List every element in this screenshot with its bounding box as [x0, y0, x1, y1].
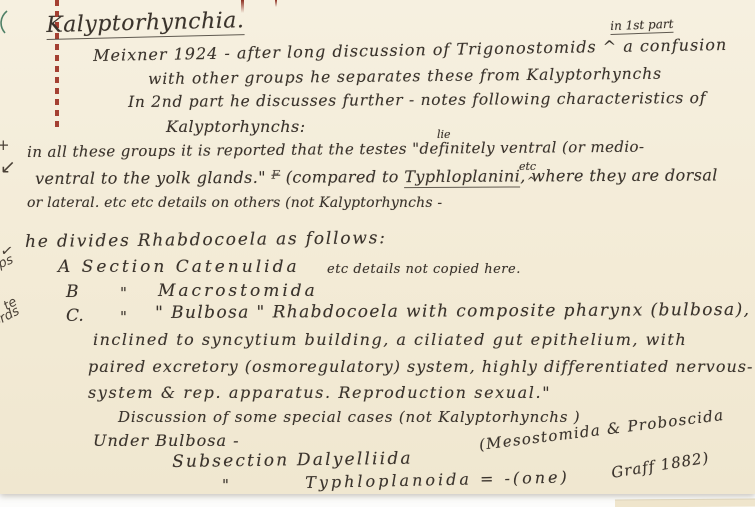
section-b-label: B [66, 282, 79, 302]
margin-plus-mark: + [0, 136, 10, 154]
line-discussion: Discussion of some special cases (not Ka… [118, 408, 580, 426]
green-pen-mark [0, 9, 11, 35]
scanned-note-photo: Kalyptorhynchia. in 1st part Meixner 192… [0, 0, 755, 507]
section-a-label: A Section Catenulida [58, 257, 300, 277]
line-under-bulbosa: Under Bulbosa - [93, 431, 240, 450]
reference-scribble: F [271, 168, 280, 182]
line-meixner-2: with other groups he separates these fro… [148, 65, 662, 88]
line-testes-2: ventral to the yolk glands." F (compared… [35, 165, 718, 188]
red-tick-mark [275, 0, 277, 7]
line-testes-2-post: , where they are dorsal [520, 165, 718, 185]
line-subsection-typhloplanoida: Typhloplanoida = -(one) [305, 467, 570, 492]
section-b-ditto: " [120, 284, 127, 302]
section-c-line-1: " Bulbosa " Rhabdocoela with composite p… [155, 300, 750, 323]
line-testes-3: or lateral. etc etc details on others (n… [27, 195, 442, 211]
subsection-ditto: " [222, 476, 229, 494]
margin-ps-mark: ps [0, 252, 16, 272]
index-card: Kalyptorhynchia. in 1st part Meixner 192… [0, 0, 755, 494]
section-c-line-4: system & rep. apparatus. Reproduction se… [88, 383, 551, 402]
line-kalyptorhynchs-heading: Kalyptorhynchs: [166, 117, 306, 136]
section-b-name: Macrostomida [158, 281, 318, 301]
section-a-note: etc details not copied here. [327, 262, 521, 277]
line-divides: he divides Rhabdocoela as follows: [25, 228, 387, 252]
underlying-card-edge [615, 499, 755, 507]
line-meixner-1: Meixner 1924 - after long discussion of … [93, 35, 727, 65]
line-testes-2-mid: (compared to [280, 167, 404, 187]
section-c-ditto: " [120, 308, 127, 326]
line-testes-1: in all these groups it is reported that … [27, 138, 644, 161]
section-c-line-2: inclined to syncytium building, a ciliat… [93, 330, 687, 349]
section-c-line-3: paired excretory (osmoregulatory) system… [88, 357, 753, 376]
superscript-in-1st-part: in 1st part [610, 17, 674, 35]
line-subsection-dalyelliida: Subsection Dalyelliida [172, 449, 413, 472]
card-title: Kalyptorhynchia. [46, 8, 245, 40]
margin-check-arrow: ↙ [0, 156, 16, 178]
equals-note-line-2: Graff 1882) [610, 449, 711, 482]
underlined-typhloplanini: Typhloplanini [404, 166, 520, 188]
section-c-label: C. [66, 306, 84, 326]
line-testes-2-pre: ventral to the yolk glands." [35, 168, 272, 188]
line-meixner-3: In 2nd part he discusses further - notes… [128, 89, 706, 111]
